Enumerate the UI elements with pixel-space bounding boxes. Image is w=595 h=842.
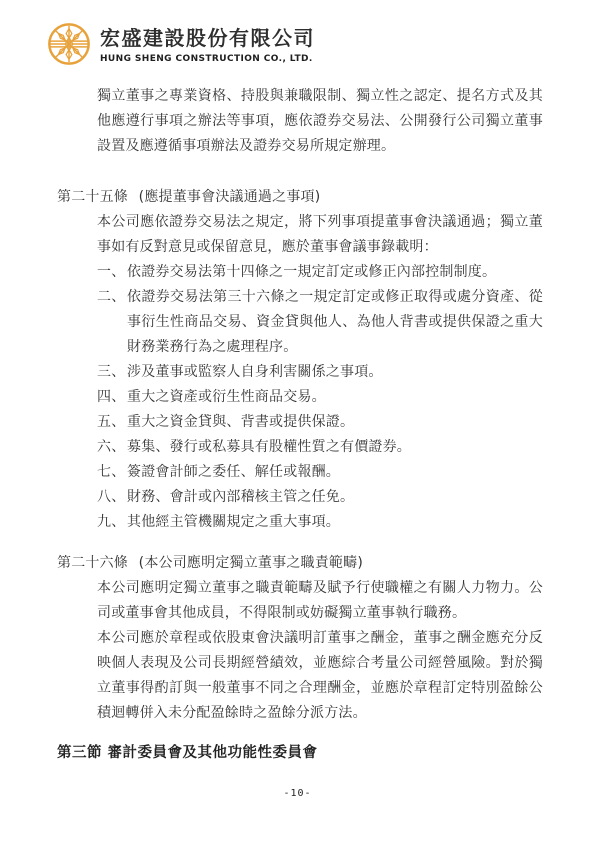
section-heading: 第三節 審計委員會及其他功能性委員會 [57,741,543,766]
list-marker: 二、 [97,285,127,310]
company-name-zh: 宏盛建設股份有限公司 [100,25,315,51]
article-number: 第二十六條 [57,555,128,571]
list-marker: 九、 [97,510,127,535]
list-item: 四、 重大之資產或衍生性商品交易。 [97,385,543,410]
page-number: -10- [0,788,595,799]
company-logo-icon [46,21,92,67]
list-text: 依證券交易法第三十六條之一規定訂定或修正取得或處分資產、從事衍生性商品交易、資金… [127,285,543,360]
company-header: 宏盛建設股份有限公司 HUNG SHENG CONSTRUCTION CO., … [46,21,315,67]
list-text: 募集、發行或私募具有股權性質之有價證券。 [127,435,543,460]
list-text: 重大之資產或衍生性商品交易。 [127,385,543,410]
list-marker: 三、 [97,360,127,385]
list-marker: 五、 [97,410,127,435]
list-item: 一、 依證券交易法第十四條之一規定訂定或修正內部控制制度。 [97,260,543,285]
list-marker: 七、 [97,460,127,485]
list-text: 依證券交易法第十四條之一規定訂定或修正內部控制制度。 [127,260,543,285]
list-marker: 八、 [97,485,127,510]
list-item: 三、 涉及董事或監察人自身利害關係之事項。 [97,360,543,385]
list-item: 九、 其他經主管機關規定之重大事項。 [97,510,543,535]
intro-paragraph: 獨立董事之專業資格、持股與兼職限制、獨立性之認定、提名方式及其他應遵行事項之辦法… [97,84,543,159]
article-paragraph: 本公司應於章程或依股東會決議明訂董事之酬金，董事之酬金應充分反映個人表現及公司長… [97,626,543,726]
list-marker: 六、 [97,435,127,460]
article-25-heading: 第二十五條 (應提董事會決議通過之事項) [57,185,543,210]
list-item: 八、 財務、會計或內部稽核主管之任免。 [97,485,543,510]
list-item: 六、 募集、發行或私募具有股權性質之有價證券。 [97,435,543,460]
article-paragraph: 本公司應明定獨立董事之職責範疇及賦予行使職權之有關人力物力。公司或董事會其他成員… [97,576,543,626]
article-25-list: 一、 依證券交易法第十四條之一規定訂定或修正內部控制制度。 二、 依證券交易法第… [97,260,543,535]
list-text: 重大之資金貸與、背書或提供保證。 [127,410,543,435]
list-text: 涉及董事或監察人自身利害關係之事項。 [127,360,543,385]
list-item: 二、 依證券交易法第三十六條之一規定訂定或修正取得或處分資產、從事衍生性商品交易… [97,285,543,360]
article-25: 第二十五條 (應提董事會決議通過之事項) 本公司應依證券交易法之規定，將下列事項… [57,185,543,535]
list-marker: 四、 [97,385,127,410]
article-title: (應提董事會決議通過之事項) [139,189,321,205]
company-names: 宏盛建設股份有限公司 HUNG SHENG CONSTRUCTION CO., … [100,21,315,65]
list-item: 七、 簽證會計師之委任、解任或報酬。 [97,460,543,485]
article-title: (本公司應明定獨立董事之職責範疇) [139,555,363,571]
list-text: 財務、會計或內部稽核主管之任免。 [127,485,543,510]
document-body: 獨立董事之專業資格、持股與兼職限制、獨立性之認定、提名方式及其他應遵行事項之辦法… [57,84,543,766]
company-name-en: HUNG SHENG CONSTRUCTION CO., LTD. [100,53,315,65]
list-marker: 一、 [97,260,127,285]
list-item: 五、 重大之資金貸與、背書或提供保證。 [97,410,543,435]
list-text: 其他經主管機關規定之重大事項。 [127,510,543,535]
article-26-heading: 第二十六條 (本公司應明定獨立董事之職責範疇) [57,551,543,576]
article-number: 第二十五條 [57,189,128,205]
article-26: 第二十六條 (本公司應明定獨立董事之職責範疇) 本公司應明定獨立董事之職責範疇及… [57,551,543,726]
document-page: 宏盛建設股份有限公司 HUNG SHENG CONSTRUCTION CO., … [0,0,595,842]
list-text: 簽證會計師之委任、解任或報酬。 [127,460,543,485]
article-paragraph: 本公司應依證券交易法之規定，將下列事項提董事會決議通過；獨立董事如有反對意見或保… [97,210,543,260]
